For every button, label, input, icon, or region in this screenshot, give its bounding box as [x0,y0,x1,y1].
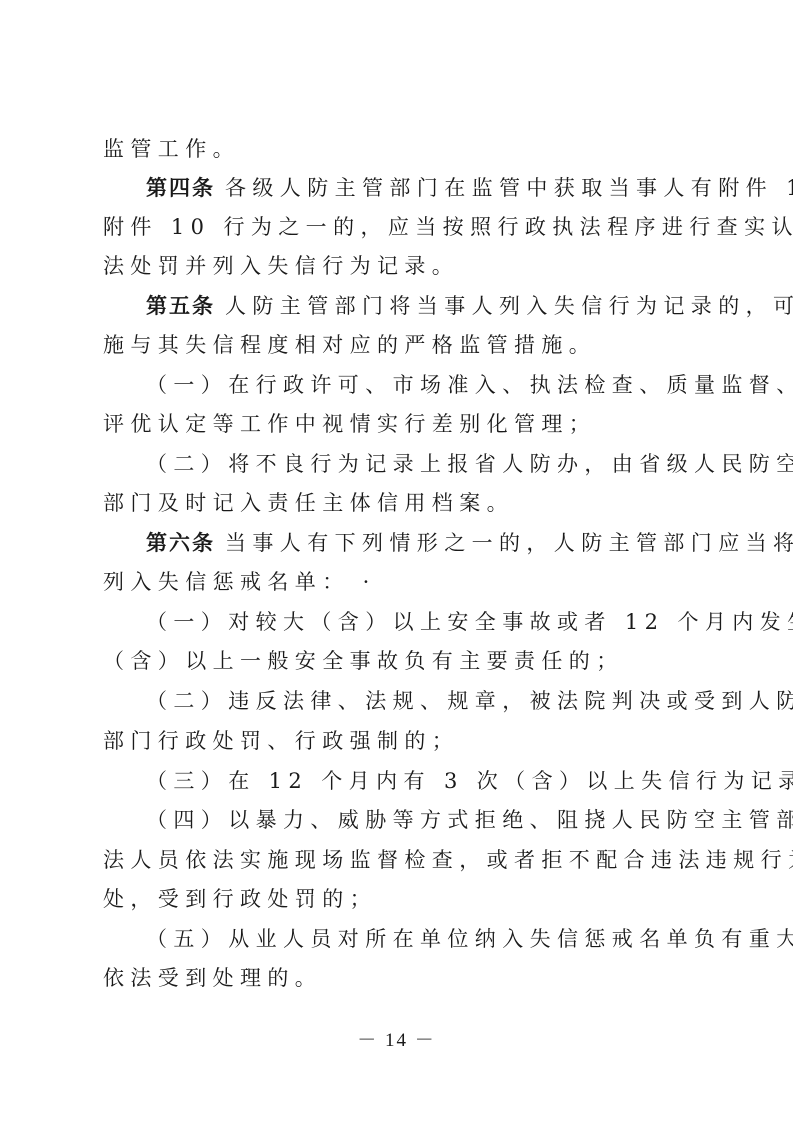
article-6-line: 第六条当事人有下列情形之一的，人防主管部门应当将其 [146,528,756,558]
line-text: 施与其失信程度相对应的严格监管措施。 [103,333,596,357]
line-text: （一）对较大（含）以上安全事故或者 12 个月内发生 2 次 [146,610,793,634]
line-text: （含）以上一般安全事故负有主要责任的； [103,649,624,673]
article-heading: 第六条 [146,530,215,555]
paragraph-line: 施与其失信程度相对应的严格监管措施。 [103,330,713,360]
document-page: 监管工作。 第四条各级人防主管部门在监管中获取当事人有附件 1 至 附件 10 … [0,0,793,1122]
paragraph-line: 评优认定等工作中视情实行差别化管理； [103,409,713,439]
article-5-line: 第五条人防主管部门将当事人列入失信行为记录的，可实 [146,291,756,321]
list-item-line: （二）将不良行为记录上报省人防办，由省级人民防空主管 [146,449,756,479]
line-text: 当事人有下列情形之一的，人防主管部门应当将其 [225,531,793,555]
paragraph-line: 依法受到处理的。 [103,963,713,993]
line-text: （三）在 12 个月内有 3 次（含）以上失信行为记录的； [146,769,793,793]
line-text: 法处罚并列入失信行为记录。 [103,254,459,278]
line-text: 各级人防主管部门在监管中获取当事人有附件 1 至 [225,176,793,200]
paragraph-line: 部门及时记入责任主体信用档案。 [103,488,713,518]
line-text: （二）将不良行为记录上报省人防办，由省级人民防空主管 [146,452,793,476]
paragraph-line: 法人员依法实施现场监督检查，或者拒不配合违法违规行为查 [103,845,713,875]
article-heading: 第四条 [146,175,215,200]
line-text: （一）在行政许可、市场准入、执法检查、质量监督、表彰 [146,373,793,397]
paragraph-line: 附件 10 行为之一的，应当按照行政执法程序进行查实认定，依 [103,212,713,242]
line-text: （二）违反法律、法规、规章，被法院判决或受到人防主管 [146,689,793,713]
list-item-line: （一）在行政许可、市场准入、执法检查、质量监督、表彰 [146,370,756,400]
paragraph-line: 法处罚并列入失信行为记录。 [103,251,713,281]
line-text: （五）从业人员对所在单位纳入失信惩戒名单负有重大责任 [146,927,793,951]
article-heading: 第五条 [146,293,215,318]
list-item-line: （二）违反法律、法规、规章，被法院判决或受到人防主管 [146,686,756,716]
line-text: 人防主管部门将当事人列入失信行为记录的，可实 [225,294,793,318]
line-text: 列入失信惩戒名单： · [103,570,376,594]
line-text: 依法受到处理的。 [103,966,322,990]
paragraph-line: （含）以上一般安全事故负有主要责任的； [103,646,713,676]
list-item-line: （四）以暴力、威胁等方式拒绝、阻挠人民防空主管部门执 [146,805,756,835]
paragraph-line: 列入失信惩戒名单： · [103,567,713,597]
line-text: 部门行政处罚、行政强制的； [103,729,459,753]
list-item-line: （五）从业人员对所在单位纳入失信惩戒名单负有重大责任 [146,924,756,954]
list-item-line: （一）对较大（含）以上安全事故或者 12 个月内发生 2 次 [146,607,756,637]
line-text: 附件 10 行为之一的，应当按照行政执法程序进行查实认定，依 [103,215,793,239]
line-text: 部门及时记入责任主体信用档案。 [103,491,514,515]
line-text: （四）以暴力、威胁等方式拒绝、阻挠人民防空主管部门执 [146,808,793,832]
paragraph-line: 部门行政处罚、行政强制的； [103,726,713,756]
line-text: 法人员依法实施现场监督检查，或者拒不配合违法违规行为查 [103,848,793,872]
paragraph-line: 监管工作。 [103,134,713,164]
article-4-line: 第四条各级人防主管部门在监管中获取当事人有附件 1 至 [146,173,756,203]
page-number: － 14 － [0,1027,793,1055]
paragraph-line: 处，受到行政处罚的； [103,884,713,914]
line-text: 监管工作。 [103,137,240,161]
line-text: 评优认定等工作中视情实行差别化管理； [103,412,596,436]
line-text: 处，受到行政处罚的； [103,887,377,911]
list-item-line: （三）在 12 个月内有 3 次（含）以上失信行为记录的； [146,766,756,796]
